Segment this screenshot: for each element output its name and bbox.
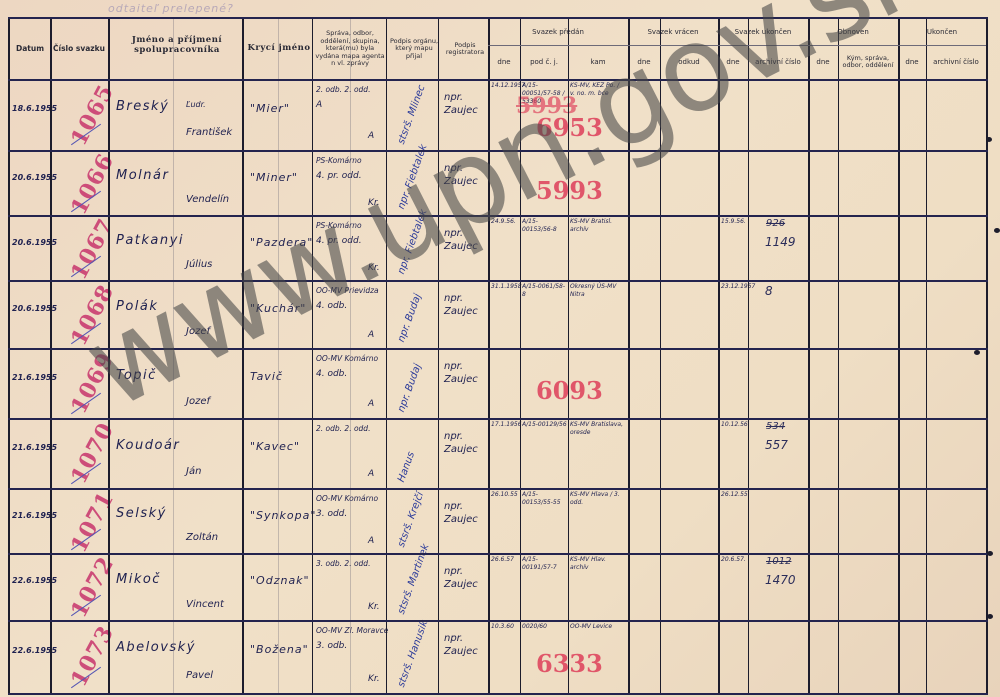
row-podpis-organu: stsrš. Krejčí (396, 491, 426, 549)
column-rule (488, 17, 490, 693)
header-ukoncen2-archivni: archivní číslo (926, 45, 986, 79)
row-predan-cj: A/15-0061/58-8 (522, 283, 568, 299)
row-predan-kam: KS-MV Bratislava, oresde (570, 421, 626, 437)
row-rule (8, 280, 988, 282)
row-rule (8, 553, 988, 555)
row-archivni-old: 926 (766, 218, 785, 229)
row-rule (8, 17, 988, 19)
row-sprava: 3. odb. 2. odd. (316, 559, 370, 569)
row-cislo-stamp: 1069 (66, 348, 120, 418)
faint-rule (350, 17, 351, 693)
column-rule (312, 17, 313, 693)
row-predan-kam: Okresný ÚS-MV Nitra (570, 283, 626, 299)
row-kryci-jmeno: "Božena" (250, 643, 309, 656)
column-rule (8, 17, 10, 693)
row-registrator: npr. Zaujec (444, 227, 484, 253)
row-jmeno: Jozef (186, 396, 210, 407)
row-sprava: OO-MV Komárno (316, 494, 378, 504)
row-sprava: 2. odb. 2. odd. (316, 85, 370, 95)
row-ukoncen-dne: 10.12.56. (721, 421, 750, 429)
column-rule (748, 17, 749, 693)
row-stamp-new: 6333 (536, 649, 603, 678)
row-jmeno: Vendelín (186, 194, 229, 205)
row-prijmeni: Mikoč (116, 572, 161, 587)
row-registrator: npr. Zaujec (444, 360, 484, 386)
row-predan-cj: A/15-00153/56-8 (522, 218, 568, 234)
row-sprava: OO-MV Prievidza (316, 286, 379, 296)
row-rule (8, 620, 988, 622)
header-svazek-vracen: Svazek vrácen (628, 19, 718, 45)
header-svazek-predan: Svazek předán (488, 19, 628, 45)
row-predan-dne: 26.10.55 (491, 491, 519, 499)
header-jmeno: Jméno a příjmení spolupracovníka (112, 21, 242, 71)
row-predan-kam: KS-MV, KEZ Po. / v. no. m. bce (570, 82, 626, 98)
row-ukoncen-dne: 23.12.1957 (721, 283, 755, 291)
row-predan-dne: 24.9.56. (491, 218, 519, 226)
column-rule (986, 17, 988, 693)
row-rule (8, 79, 988, 81)
row-jmeno: Jozef (186, 326, 210, 337)
row-sprava-2: A (316, 99, 322, 111)
row-registrator: npr. Zaujec (444, 632, 484, 658)
punch-hole (986, 137, 992, 142)
row-prijmeni: Topič (116, 368, 157, 383)
row-jmeno: Zoltán (186, 532, 218, 543)
row-sprava-mark: A (368, 468, 374, 480)
row-sprava-mark: Kr. (368, 601, 380, 613)
row-kryci-jmeno: "Mier" (250, 102, 290, 115)
row-kryci-jmeno: "Miner" (250, 171, 298, 184)
row-predan-cj: A/15-00191/57-7 (522, 556, 568, 572)
row-ukoncen-dne: 20.6.57. (721, 556, 746, 564)
row-cislo-stamp: 1070 (66, 418, 120, 488)
row-sprava-mark: Kr. (368, 197, 380, 209)
row-rule (8, 488, 988, 490)
column-rule (386, 17, 387, 693)
header-obnoven: Obnoven (808, 19, 898, 45)
row-prijmeni: Selský (116, 506, 167, 521)
row-prijmeni: Polák (116, 299, 158, 314)
row-sprava-mark: A (368, 398, 374, 410)
row-podpis-organu: npr. Budaj (396, 362, 424, 413)
faint-rule (173, 17, 174, 693)
row-registrator: npr. Zaujec (444, 292, 484, 318)
row-sprava: OO-MV Zl. Moravce (316, 626, 388, 636)
header-cislo-svazku: Číslo svazku (50, 19, 108, 79)
column-rule (628, 17, 630, 693)
row-sprava-2: 4. pr. odd. (316, 235, 362, 247)
row-jmeno: Pavel (186, 670, 213, 681)
header-svazek-ukoncen: Svazek ukončen (718, 19, 808, 45)
punch-hole (994, 228, 1000, 233)
row-prijmeni: Breský (116, 99, 169, 114)
header-ukoncen-dne: dne (718, 45, 748, 79)
punch-hole (974, 350, 980, 355)
row-kryci-jmeno: "Kavec" (250, 440, 300, 453)
row-sprava-2: 4. pr. odd. (316, 170, 362, 182)
header-obnoven-kym: Kým, správa, odbor, oddělení (838, 43, 898, 81)
row-sprava-2: 3. odb. (316, 640, 347, 652)
header-ukoncen-archivni: archivní číslo (748, 45, 808, 79)
row-archivni: 1470 (765, 573, 796, 587)
row-rule (8, 693, 988, 695)
column-rule (50, 17, 52, 693)
row-cislo-stamp: 1065 (66, 80, 120, 150)
punch-hole (987, 614, 993, 619)
row-registrator: npr. Zaujec (444, 91, 484, 117)
row-archivni-old: 1012 (766, 556, 791, 567)
row-registrator: npr. Zaujec (444, 162, 484, 188)
top-handwritten-note: odtaiteľ prelepené? (108, 2, 234, 15)
row-jmeno: Vincent (186, 599, 224, 610)
row-ukoncen-dne: 26.12.55 (721, 491, 748, 499)
row-stamp-new: 6953 (536, 113, 603, 142)
row-sprava: 2. odb. 2. odd. (316, 424, 370, 434)
row-archivni: 557 (765, 438, 788, 452)
column-rule (926, 17, 927, 693)
column-rule (808, 17, 810, 693)
header-podpis-registratora: Podpis registratora (440, 19, 490, 79)
row-sprava: PS-Komárno (316, 221, 362, 231)
row-predan-cj: A/15-00153/55-55 (522, 491, 568, 507)
row-sprava: OO-MV Komárno (316, 354, 378, 364)
row-archivni-old: 534 (766, 421, 785, 432)
header-obnoven-dne: dne (808, 45, 838, 79)
row-stamp-new: 6093 (536, 376, 603, 405)
row-sprava-mark: Kr. (368, 262, 380, 274)
row-rule (8, 418, 988, 420)
column-rule (718, 17, 720, 693)
column-rule (520, 17, 521, 693)
row-podpis-organu: npr. Fiebtalek (396, 143, 430, 211)
column-rule (438, 17, 439, 693)
header-sub-rule (488, 45, 986, 46)
row-predan-kam: KS-MV Hlav. archív (570, 556, 626, 572)
row-registrator: npr. Zaujec (444, 430, 484, 456)
column-rule (108, 17, 110, 693)
row-jmeno: Ján (186, 466, 201, 477)
row-predan-dne: 10.3.60 (491, 623, 519, 631)
row-rule (8, 150, 988, 152)
row-cislo-stamp: 1073 (66, 621, 120, 691)
header-datum: Datum (10, 19, 50, 79)
row-prijmeni: Abelovský (116, 640, 196, 655)
row-sprava-mark: A (368, 130, 374, 142)
row-sprava-mark: A (368, 329, 374, 341)
row-jmeno-note: Ľudr. (186, 100, 206, 109)
row-registrator: npr. Zaujec (444, 500, 484, 526)
row-predan-dne: 31.1.1958 (491, 283, 519, 291)
row-podpis-organu: stsrš. Mlinec (396, 84, 428, 146)
column-rule (660, 17, 661, 693)
row-rule (8, 348, 988, 350)
row-podpis-organu: stsrš. Hanusik (396, 619, 430, 689)
row-podpis-organu: Hanus (396, 450, 417, 483)
row-podpis-organu: npr. Budaj (396, 292, 424, 343)
row-predan-dne: 14.12.1957 (491, 82, 519, 90)
row-kryci-jmeno: "Pazdera" (250, 236, 313, 249)
row-sprava-2: 4. odb. (316, 368, 347, 380)
row-jmeno: František (186, 127, 232, 138)
header-predan-pod-cj: pod č. j. (520, 45, 568, 79)
row-predan-dne: 26.6.57 (491, 556, 519, 564)
header-ukoncen2-dne: dne (898, 45, 926, 79)
header-predan-dne: dne (488, 45, 520, 79)
column-rule (568, 17, 569, 693)
row-rule (8, 215, 988, 217)
row-archivni: 8 (765, 284, 773, 298)
row-predan-kam: KS-MV Bratisl. archív (570, 218, 626, 234)
row-prijmeni: Koudoár (116, 438, 180, 453)
row-sprava: PS-Komárno (316, 156, 362, 166)
header-kryci-jmeno: Krycí jméno (244, 19, 314, 79)
row-ukoncen-dne: 15.9.56. (721, 218, 746, 226)
row-sprava-2: 3. odd. (316, 508, 347, 520)
row-podpis-organu: npr. Fiebtalek (396, 208, 430, 276)
row-predan-cj: 0020/60 (522, 623, 568, 631)
row-predan-cj: A/15-00129/56 (522, 421, 568, 429)
row-sprava-2: 4. odb. (316, 300, 347, 312)
punch-hole (987, 551, 993, 556)
row-prijmeni: Molnár (116, 168, 169, 183)
row-sprava-mark: Kr. (368, 673, 380, 685)
header-predan-kam: kam (568, 45, 628, 79)
row-predan-kam: OO-MV Levice (570, 623, 626, 631)
row-predan-kam: KS-MV Hlava / 3. odd. (570, 491, 626, 507)
row-predan-dne: 17.1.1956 (491, 421, 519, 429)
header-vracen-dne: dne (628, 45, 660, 79)
register-table: Datum Číslo svazku Jméno a příjmení spol… (8, 17, 988, 693)
column-rule (838, 17, 839, 693)
header-podpis-organu: Podpis orgánu, který mapu přijal (388, 19, 440, 79)
row-archivni: 1149 (765, 235, 796, 249)
header-ukoncen: Ukončen (898, 19, 986, 45)
row-sprava-mark: A (368, 535, 374, 547)
column-rule (242, 17, 244, 693)
row-stamp-new: 5993 (536, 176, 603, 205)
header-vracen-odkud: odkud (660, 45, 718, 79)
row-kryci-jmeno: "Synkopa" (250, 509, 316, 522)
row-jmeno: Július (186, 259, 212, 270)
faint-rule (278, 17, 279, 693)
row-registrator: npr. Zaujec (444, 565, 484, 591)
row-kryci-jmeno: "Odznak" (250, 574, 310, 587)
row-cislo-stamp: 1068 (66, 280, 120, 350)
column-rule (898, 17, 900, 693)
